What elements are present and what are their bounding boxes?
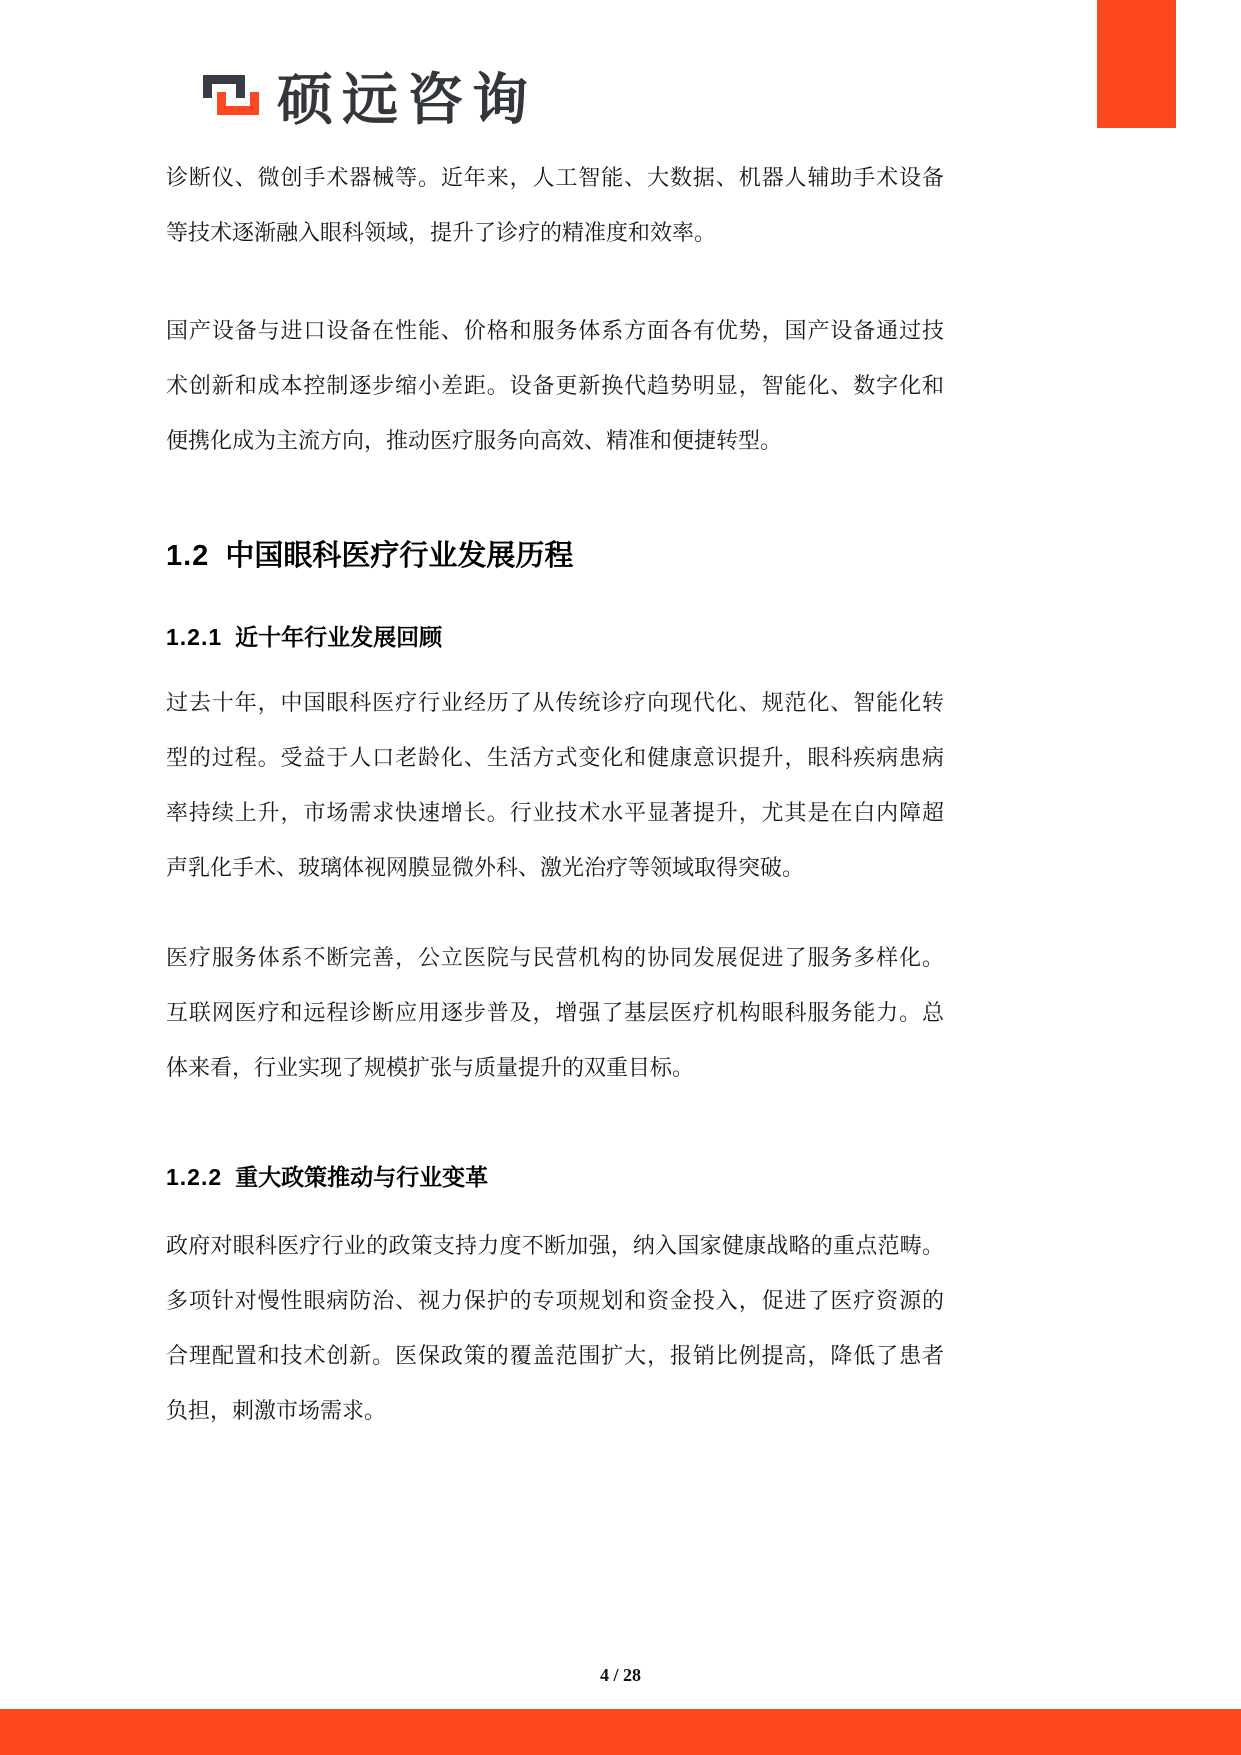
header-accent-rect (1097, 0, 1176, 128)
paragraph-5: 政府对眼科医疗行业的政策支持力度不断加强，纳入国家健康战略的重点范畴。 多项针对… (166, 1218, 944, 1438)
paragraph-4: 医疗服务体系不断完善，公立医院与民营机构的协同发展促进了服务多样化。 互联网医疗… (166, 930, 944, 1095)
section-title: 中国眼科医疗行业发展历程 (225, 540, 573, 572)
subsection-heading-1-2-2: 1.2.2重大政策推动与行业变革 (166, 1161, 944, 1193)
text-line: 多项针对慢性眼病防治、视力保护的专项规划和资金投入，促进了医疗资源的 (166, 1273, 944, 1328)
brand-logo: 硕远咨询 (203, 70, 537, 130)
text-line: 率持续上升，市场需求快速增长。行业技术水平显著提升，尤其是在白内障超 (166, 785, 944, 840)
section-number: 1.2 (166, 540, 209, 572)
text-line: 等技术逐渐融入眼科领域，提升了诊疗的精准度和效率。 (166, 205, 944, 260)
logo-orange-bracket-shape (217, 92, 259, 115)
text-line: 便携化成为主流方向，推动医疗服务向高效、精准和便捷转型。 (166, 413, 944, 468)
paragraph-3: 过去十年，中国眼科医疗行业经历了从传统诊疗向现代化、规范化、智能化转 型的过程。… (166, 675, 944, 895)
paragraph-2: 国产设备与进口设备在性能、价格和服务体系方面各有优势，国产设备通过技 术创新和成… (166, 303, 944, 468)
text-line: 负担，刺激市场需求。 (166, 1383, 944, 1438)
subsection-number: 1.2.2 (166, 1164, 222, 1190)
text-line: 合理配置和技术创新。医保政策的覆盖范围扩大，报销比例提高，降低了患者 (166, 1328, 944, 1383)
text-line: 术创新和成本控制逐步缩小差距。设备更新换代趋势明显，智能化、数字化和 (166, 358, 944, 413)
subsection-title: 重大政策推动与行业变革 (235, 1164, 488, 1190)
subsection-heading-1-2-1: 1.2.1近十年行业发展回顾 (166, 621, 944, 653)
section-heading-1-2: 1.2中国眼科医疗行业发展历程 (166, 536, 944, 576)
text-line: 医疗服务体系不断完善，公立医院与民营机构的协同发展促进了服务多样化。 (166, 930, 944, 985)
text-line: 互联网医疗和远程诊断应用逐步普及，增强了基层医疗机构眼科服务能力。总 (166, 985, 944, 1040)
brand-logo-text: 硕远咨询 (277, 70, 537, 130)
text-line: 诊断仪、微创手术器械等。近年来，人工智能、大数据、机器人辅助手术设备 (166, 150, 944, 205)
text-line: 过去十年，中国眼科医疗行业经历了从传统诊疗向现代化、规范化、智能化转 (166, 675, 944, 730)
text-line: 政府对眼科医疗行业的政策支持力度不断加强，纳入国家健康战略的重点范畴。 (166, 1218, 944, 1273)
document-page: 硕远咨询 诊断仪、微创手术器械等。近年来，人工智能、大数据、机器人辅助手术设备 … (0, 0, 1241, 1755)
text-line: 国产设备与进口设备在性能、价格和服务体系方面各有优势，国产设备通过技 (166, 303, 944, 358)
brand-logo-icon (203, 75, 261, 125)
footer-accent-bar (0, 1709, 1241, 1755)
paragraph-1: 诊断仪、微创手术器械等。近年来，人工智能、大数据、机器人辅助手术设备 等技术逐渐… (166, 150, 944, 260)
text-line: 体来看，行业实现了规模扩张与质量提升的双重目标。 (166, 1040, 944, 1095)
subsection-number: 1.2.1 (166, 624, 222, 650)
page-number: 4 / 28 (0, 1663, 1241, 1687)
subsection-title: 近十年行业发展回顾 (235, 624, 442, 650)
text-line: 声乳化手术、玻璃体视网膜显微外科、激光治疗等领域取得突破。 (166, 840, 944, 895)
text-line: 型的过程。受益于人口老龄化、生活方式变化和健康意识提升，眼科疾病患病 (166, 730, 944, 785)
